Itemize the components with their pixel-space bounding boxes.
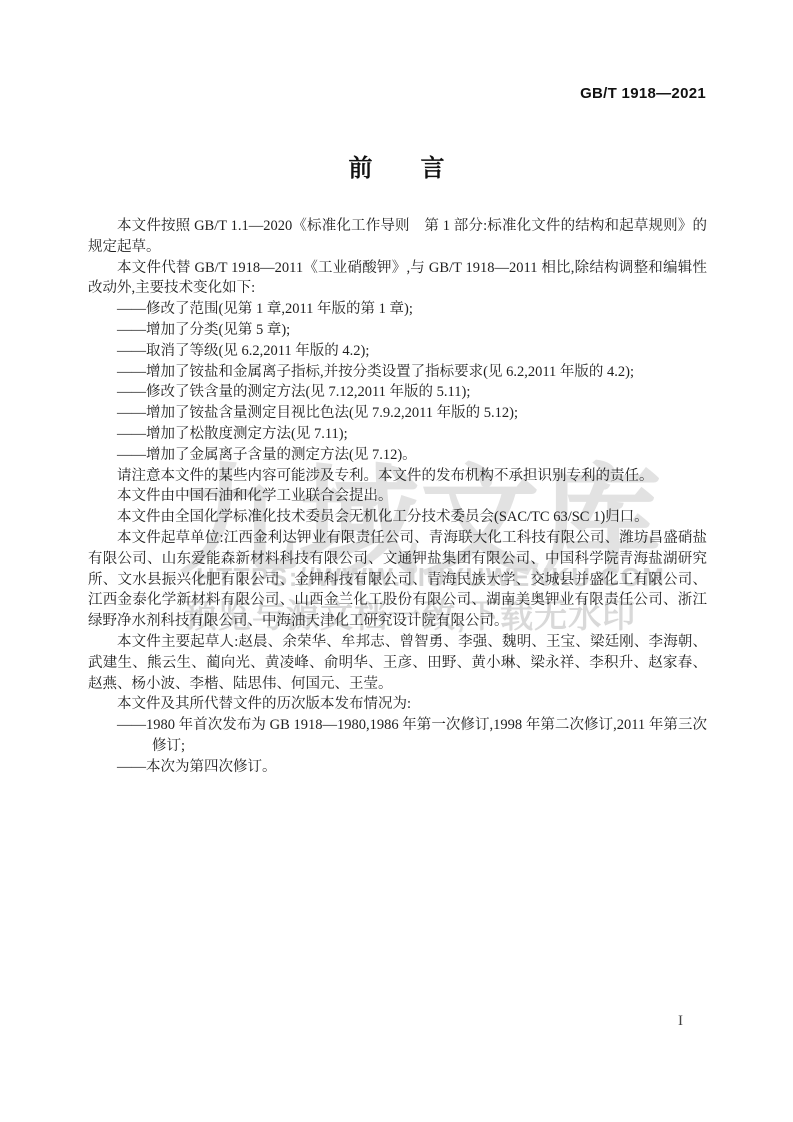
paragraph-drafters: 本文件主要起草人:赵晨、余荣华、牟邦志、曾智勇、李强、魏明、王宝、梁廷刚、李海朝… xyxy=(88,632,707,694)
change-list-item: ——增加了分类(见第 5 章); xyxy=(88,320,707,341)
document-page: 九域文库 HTTPS://WWW.JIUYUWENKU.COM 预览与源文档一致… xyxy=(0,0,793,1122)
change-list-item: ——增加了铵盐和金属离子指标,并按分类设置了指标要求(见 6.2,2011 年版… xyxy=(88,362,707,383)
change-list-item: ——增加了松散度测定方法(见 7.11); xyxy=(88,424,707,445)
paragraph-committee: 本文件由全国化学标准化技术委员会无机化工分技术委员会(SAC/TC 63/SC … xyxy=(88,507,707,528)
paragraph-patent-notice: 请注意本文件的某些内容可能涉及专利。本文件的发布机构不承担识别专利的责任。 xyxy=(88,466,707,487)
paragraph-history-intro: 本文件及其所代替文件的历次版本发布情况为: xyxy=(88,694,707,715)
standard-number: GB/T 1918—2021 xyxy=(580,85,706,102)
change-list-item: ——增加了铵盐含量测定目视比色法(见 7.9.2,2011 年版的 5.12); xyxy=(88,403,707,424)
page-number: I xyxy=(678,1013,683,1030)
paragraph-drafting-orgs: 本文件起草单位:江西金利达钾业有限责任公司、青海联大化工科技有限公司、潍坊昌盛硝… xyxy=(88,528,707,632)
history-list-item: ——本次为第四次修订。 xyxy=(88,757,707,778)
change-list-item: ——取消了等级(见 6.2,2011 年版的 4.2); xyxy=(88,341,707,362)
paragraph-basis: 本文件按照 GB/T 1.1—2020《标准化工作导则 第 1 部分:标准化文件… xyxy=(88,216,707,258)
change-list-item: ——修改了范围(见第 1 章,2011 年版的第 1 章); xyxy=(88,299,707,320)
page-title: 前 言 xyxy=(0,148,793,183)
paragraph-replaces: 本文件代替 GB/T 1918—2011《工业硝酸钾》,与 GB/T 1918—… xyxy=(88,258,707,300)
change-list-item: ——修改了铁含量的测定方法(见 7.12,2011 年版的 5.11); xyxy=(88,382,707,403)
foreword-body: 本文件按照 GB/T 1.1—2020《标准化工作导则 第 1 部分:标准化文件… xyxy=(88,216,707,778)
change-list-item: ——增加了金属离子含量的测定方法(见 7.12)。 xyxy=(88,445,707,466)
paragraph-proposed-by: 本文件由中国石油和化学工业联合会提出。 xyxy=(88,486,707,507)
history-list-item: ——1980 年首次发布为 GB 1918—1980,1986 年第一次修订,1… xyxy=(88,715,707,757)
